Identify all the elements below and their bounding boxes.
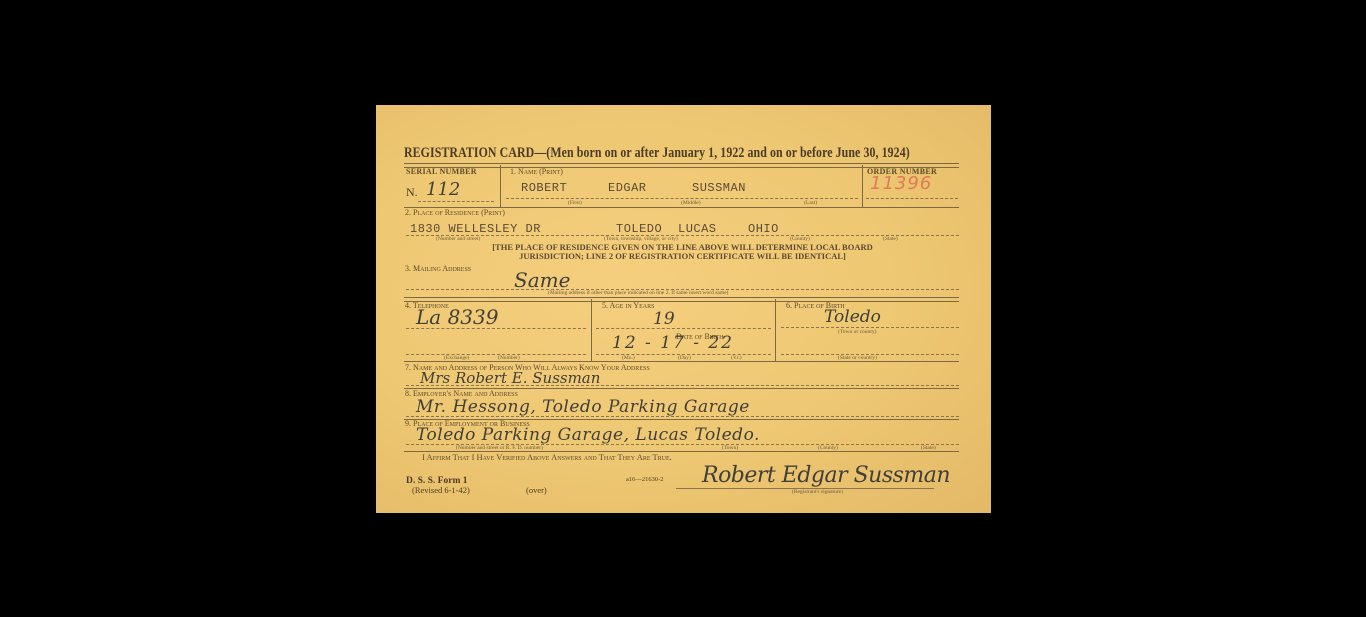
birthplace-sub-town: (Town or county) [838, 329, 876, 335]
notice-line-2: JURISDICTION; LINE 2 OF REGISTRATION CER… [406, 252, 959, 261]
residence-state: OHIO [748, 222, 779, 236]
mailing-sub: (Mailing address if other than place ind… [548, 290, 728, 296]
signature-sub: (Registrant's signature) [792, 489, 843, 495]
serial-line [418, 201, 494, 202]
name-middle: EDGAR [608, 181, 647, 195]
age-value: 19 [653, 309, 675, 329]
employment-value: Toledo Parking Garage, Lucas Toledo. [416, 425, 760, 445]
order-line [866, 198, 958, 199]
employer-line [406, 416, 959, 417]
name-sub-first: (First) [568, 200, 582, 206]
birthplace-line [781, 327, 959, 328]
residence-notice: [THE PLACE OF RESIDENCE GIVEN ON THE LIN… [406, 243, 959, 261]
serial-value: 112 [426, 179, 460, 200]
name-first: ROBERT [521, 181, 567, 195]
order-value: 11396 [870, 173, 932, 194]
telephone-line [406, 328, 586, 329]
mailing-label: 3. Mailing Address [405, 264, 471, 273]
signature: Robert Edgar Sussman [702, 463, 950, 488]
divider [500, 165, 501, 207]
divider [404, 361, 959, 362]
card-title: REGISTRATION CARD—(Men born on or after … [404, 145, 910, 162]
affirm-text: I Affirm That I Have Verified Above Answ… [422, 452, 672, 462]
residence-county: LUCAS [678, 222, 717, 236]
name-line [506, 198, 858, 199]
divider [862, 165, 863, 207]
name-label: 1. Name (Print) [510, 167, 563, 176]
name-sub-middle: (Middle) [681, 200, 701, 206]
divider [591, 299, 592, 361]
form-code: a16—21630-2 [626, 476, 664, 483]
telephone-line-2 [406, 354, 586, 355]
form-over: (over) [526, 485, 547, 495]
residence-sub-street: (Number and street) [436, 236, 480, 242]
birthplace-value: Toledo [824, 307, 881, 327]
age-label: 5. Age in Years [602, 301, 654, 310]
employer-value: Mr. Hessong, Toledo Parking Garage [416, 397, 750, 417]
residence-town: TOLEDO [616, 222, 662, 236]
divider [404, 297, 959, 302]
serial-label: SERIAL NUMBER [406, 167, 477, 176]
residence-sub-state: (State) [883, 236, 898, 242]
dob-value: 12 - 17 - 22 [612, 333, 734, 353]
divider [775, 299, 776, 361]
registration-card: REGISTRATION CARD—(Men born on or after … [376, 105, 991, 513]
form-revised: (Revised 6-1-42) [412, 485, 470, 495]
residence-street: 1830 WELLESLEY DR [410, 222, 541, 236]
residence-line [406, 235, 959, 236]
age-line [596, 328, 771, 329]
residence-label: 2. Place of Residence (Print) [405, 208, 505, 217]
name-last: SUSSMAN [692, 181, 746, 195]
telephone-value: La 8339 [416, 305, 498, 329]
contact-line [406, 385, 959, 386]
serial-prefix: N. [406, 185, 418, 200]
name-sub-last: (Last) [804, 200, 817, 206]
